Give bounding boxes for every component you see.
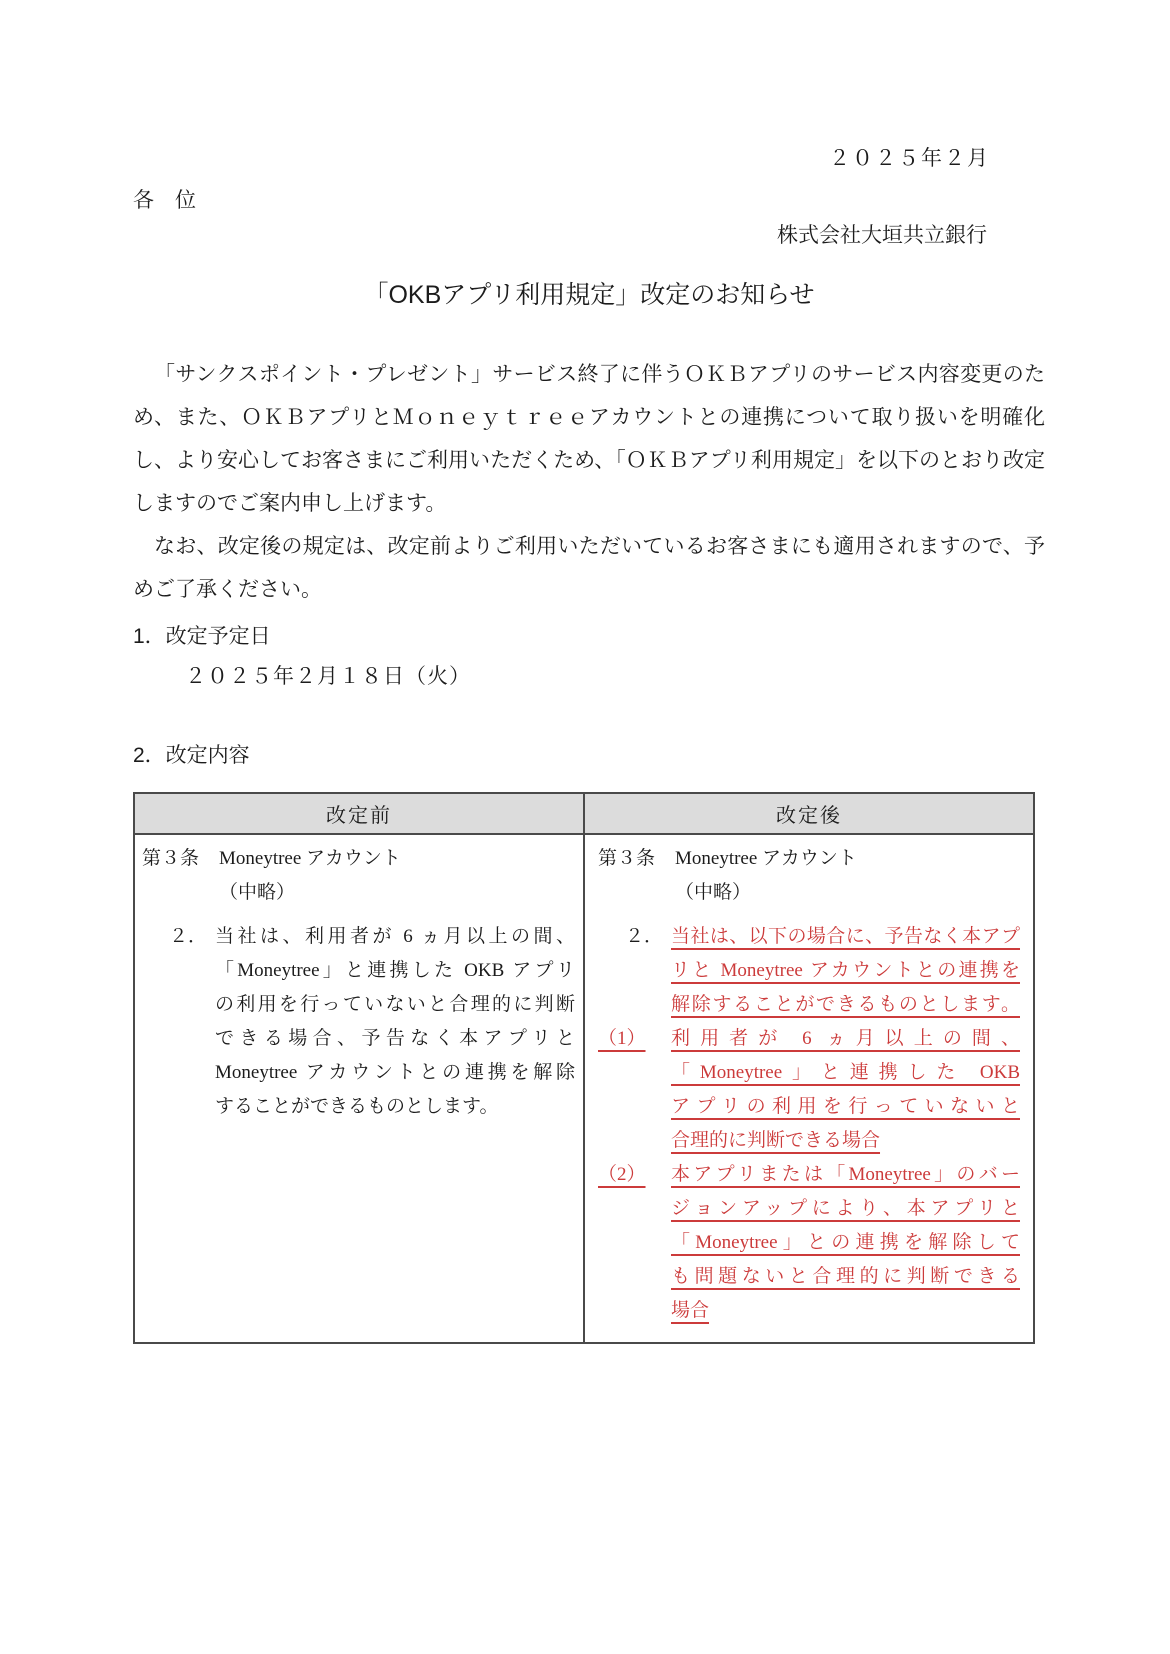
article-title: Moneytree アカウント <box>675 842 857 876</box>
document-title: 「OKBアプリ利用規定」改定のお知らせ <box>133 279 1045 311</box>
article-number: 第３条 <box>142 842 219 876</box>
ellipsis-note: （中略） <box>219 876 575 910</box>
sub-item-number: （1） <box>598 1022 671 1158</box>
item-text: 当社は、利用者が 6 ヵ月以上の間、「Moneytree」と連携した OKB ア… <box>215 920 575 1124</box>
item-text-revised: 当社は、以下の場合に、予告なく本アプリと Moneytree アカウントとの連携… <box>671 920 1020 1022</box>
clause-item-2: ２． 当社は、以下の場合に、予告なく本アプリと Moneytree アカウントと… <box>625 920 1020 1022</box>
section2-heading: 2．改定内容 <box>133 742 1045 769</box>
article-heading: 第３条 Moneytree アカウント <box>142 842 575 876</box>
text-line: 「Moneytree」と連携した OKB <box>671 1056 1020 1090</box>
clause-item-2: ２． 当社は、利用者が 6 ヵ月以上の間、「Moneytree」と連携した OK… <box>169 920 575 1124</box>
text-line: 「Moneytree」との連携を解除して <box>671 1226 1020 1260</box>
article-heading: 第３条 Moneytree アカウント <box>598 842 1020 876</box>
text-line: 利用者が 6 ヵ月以上の間、 <box>671 1022 1020 1056</box>
col-header-after: 改定後 <box>584 793 1034 834</box>
text-line: 場合 <box>671 1294 1020 1328</box>
table-body-row: 第３条 Moneytree アカウント （中略） ２． 当社は、利用者が 6 ヵ… <box>134 834 1034 1343</box>
text-line: リと Moneytree アカウントとの連携を <box>671 954 1020 988</box>
col-header-before: 改定前 <box>134 793 584 834</box>
text-line: 解除することができるものとします。 <box>671 988 1020 1022</box>
revision-table: 改定前 改定後 第３条 Moneytree アカウント （中略） ２． 当社は、… <box>133 792 1035 1344</box>
section1-heading: 1．改定予定日 <box>133 623 1045 650</box>
text-line: 当社は、以下の場合に、予告なく本アプ <box>671 920 1020 954</box>
cell-before-revision: 第３条 Moneytree アカウント （中略） ２． 当社は、利用者が 6 ヵ… <box>134 834 584 1343</box>
text-line: 本アプリまたは「Moneytree」のバー <box>671 1158 1020 1192</box>
article-title: Moneytree アカウント <box>219 842 401 876</box>
article-number: 第３条 <box>598 842 675 876</box>
table-header-row: 改定前 改定後 <box>134 793 1034 834</box>
cell-after-revision: 第３条 Moneytree アカウント （中略） ２． 当社は、以下の場合に、予… <box>584 834 1034 1343</box>
text-line: の利用を行っていないと合理的に判断 <box>215 988 575 1022</box>
sub-item-2: （2） 本アプリまたは「Moneytree」のバージョンアップにより、本アプリと… <box>598 1158 1020 1328</box>
sub-item-text-revised: 本アプリまたは「Moneytree」のバージョンアップにより、本アプリと「Mon… <box>671 1158 1020 1328</box>
ellipsis-note: （中略） <box>675 876 1020 910</box>
intro-paragraph-1: 「サンクスポイント・プレゼント」サービス終了に伴うＯＫＢアプリのサービス内容変更… <box>133 353 1045 525</box>
text-line: アプリの利用を行っていないと <box>671 1090 1020 1124</box>
revision-date: ２０２５年２月１８日（火） <box>133 663 1045 690</box>
sub-item-number: （2） <box>598 1158 671 1328</box>
text-line: することができるものとします。 <box>215 1090 575 1124</box>
issue-date: ２０２５年２月 <box>133 145 1045 171</box>
text-line: 合理的に判断できる場合 <box>671 1124 1020 1158</box>
sub-item-1: （1） 利用者が 6 ヵ月以上の間、「Moneytree」と連携した OKBアプ… <box>598 1022 1020 1158</box>
intro-paragraph-2: なお、改定後の規定は、改定前よりご利用いただいているお客さまにも適用されますので… <box>133 525 1045 611</box>
item-number: ２． <box>169 920 215 1124</box>
sub-item-text-revised: 利用者が 6 ヵ月以上の間、「Moneytree」と連携した OKBアプリの利用… <box>671 1022 1020 1158</box>
text-line: Moneytree アカウントとの連携を解除 <box>215 1056 575 1090</box>
text-line: ジョンアップにより、本アプリと <box>671 1192 1020 1226</box>
company-name: 株式会社大垣共立銀行 <box>133 222 1045 248</box>
document-page: ２０２５年２月 各 位 株式会社大垣共立銀行 「OKBアプリ利用規定」改定のお知… <box>0 0 1170 1654</box>
item-number: ２． <box>625 920 671 1022</box>
text-line: も問題ないと合理的に判断できる <box>671 1260 1020 1294</box>
text-line: できる場合、予告なく本アプリと <box>215 1022 575 1056</box>
text-line: 当社は、利用者が 6 ヵ月以上の間、 <box>215 920 575 954</box>
addressee: 各 位 <box>133 187 1045 213</box>
text-line: 「Moneytree」と連携した OKB アプリ <box>215 954 575 988</box>
